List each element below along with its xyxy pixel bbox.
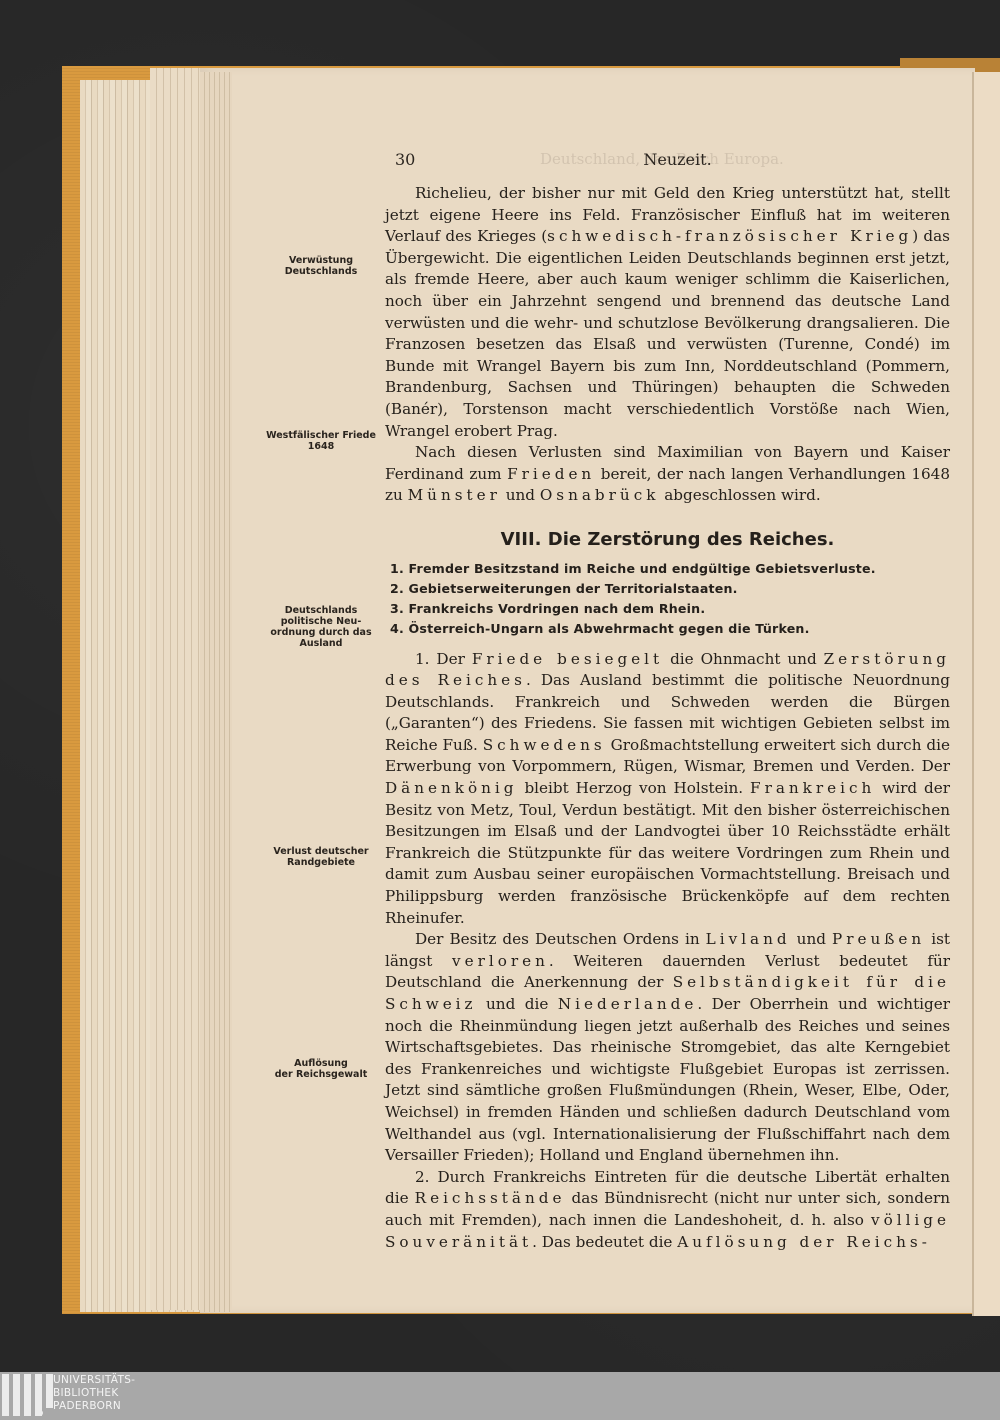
text-run: ) das Übergewicht. Die eigentlichen Leid… (385, 227, 950, 439)
summary-item: 1. Fremder Besitzstand im Reiche und end… (390, 559, 950, 579)
margin-note: Westfälischer Friede1648 (262, 430, 380, 452)
page-fold-lines (200, 72, 232, 1312)
margin-note-line: der Reichsgewalt (262, 1069, 380, 1080)
running-head: 30 Neuzeit. (395, 150, 960, 172)
margin-note-line: Verwüstung (262, 255, 380, 266)
running-head-title: Neuzeit. (395, 150, 960, 169)
margin-note-line: Auflösung (262, 1058, 380, 1069)
logo-bars-icon (2, 1374, 53, 1416)
margin-note-line: Ausland (262, 638, 380, 649)
paragraph: Der Besitz des Deutschen Ordens in Livla… (385, 929, 950, 1167)
paragraphs-before-section: Richelieu, der bisher nur mit Geld den K… (385, 183, 950, 507)
emphasized-text: Niederlande (558, 995, 698, 1013)
text-run: bleibt Herzog von Holstein. (518, 779, 751, 797)
emphasized-text: schwedisch-französischer Krieg (547, 227, 912, 245)
emphasized-text: Frieden (507, 465, 595, 483)
logo-text-line: UNIVERSITÄTS- (53, 1374, 135, 1387)
summary-item: 3. Frankreichs Vordringen nach dem Rhein… (390, 599, 950, 619)
text-run: abgeschlossen wird. (659, 486, 820, 504)
summary-item: 2. Gebietserweiterungen der Territorials… (390, 579, 950, 599)
margin-note: VerwüstungDeutschlands (262, 255, 380, 277)
paragraph: 2. Durch Frankreichs Eintreten für die d… (385, 1167, 950, 1253)
margin-note-line: Westfälischer Friede (262, 430, 380, 441)
text-run: wird der Besitz von Metz, Toul, Verdun b… (385, 779, 950, 927)
text-run: die Ohnmacht und (663, 650, 823, 668)
margin-note-line: politische Neu- (262, 616, 380, 627)
text-run: . Das bedeutet die (532, 1233, 677, 1251)
paragraph: 1. Der Friede besiegelt die Ohnmacht und… (385, 649, 950, 930)
margin-note: Deutschlandspolitische Neu-ordnung durch… (262, 605, 380, 649)
emphasized-text: Preußen (832, 930, 925, 948)
margin-note-line: Randgebiete (262, 857, 380, 868)
margin-note-line: Deutschlands (262, 266, 380, 277)
margin-note: Auflösungder Reichsgewalt (262, 1058, 380, 1080)
body-text: Richelieu, der bisher nur mit Geld den K… (385, 183, 950, 1253)
emphasized-text: Osnabrück (540, 486, 660, 504)
margin-note-line: 1648 (262, 441, 380, 452)
library-logo: UNIVERSITÄTS-BIBLIOTHEKPADERBORN (0, 1372, 1000, 1420)
logo-dot-icon (37, 1410, 43, 1416)
emphasized-text: Friede besiegelt (472, 650, 663, 668)
margin-note-line: ordnung durch das (262, 627, 380, 638)
margin-note: Verlust deutscherRandgebiete (262, 846, 380, 868)
emphasized-text: verloren (452, 952, 549, 970)
paragraph: Nach diesen Verlusten sind Maximilian vo… (385, 442, 950, 507)
paragraph: Richelieu, der bisher nur mit Geld den K… (385, 183, 950, 442)
paragraphs-after-section: 1. Der Friede besiegelt die Ohnmacht und… (385, 649, 950, 1254)
section-summary-list: 1. Fremder Besitzstand im Reiche und end… (385, 559, 950, 639)
text-run: . Der Oberrhein und wichtiger noch die R… (385, 995, 950, 1164)
margin-note-line: Deutschlands (262, 605, 380, 616)
text-run: und (791, 930, 832, 948)
text-run: Der Besitz des Deutschen Ordens in (415, 930, 706, 948)
logo-text-line: BIBLIOTHEK (53, 1387, 135, 1400)
emphasized-text: Dänenkönig (385, 779, 518, 797)
margin-note-line: Verlust deutscher (262, 846, 380, 857)
emphasized-text: Münster (408, 486, 501, 504)
emphasized-text: Reichsstände (415, 1189, 566, 1207)
emphasized-text: Schwedens (483, 736, 606, 754)
logo-text-line: PADERBORN (53, 1400, 135, 1413)
text-run: und die (477, 995, 558, 1013)
emphasized-text: Auflösung der Reichs- (677, 1233, 931, 1251)
logo-text: UNIVERSITÄTS-BIBLIOTHEKPADERBORN (53, 1374, 135, 1413)
summary-item: 4. Österreich-Ungarn als Abwehrmacht geg… (390, 619, 950, 639)
facing-page-edge (972, 72, 1000, 1316)
section-heading: VIII. Die Zerstörung des Reiches. (385, 529, 950, 551)
emphasized-text: Frankreich (750, 779, 875, 797)
text-run: und (501, 486, 540, 504)
text-run: 1. Der (415, 650, 472, 668)
emphasized-text: Livland (706, 930, 791, 948)
